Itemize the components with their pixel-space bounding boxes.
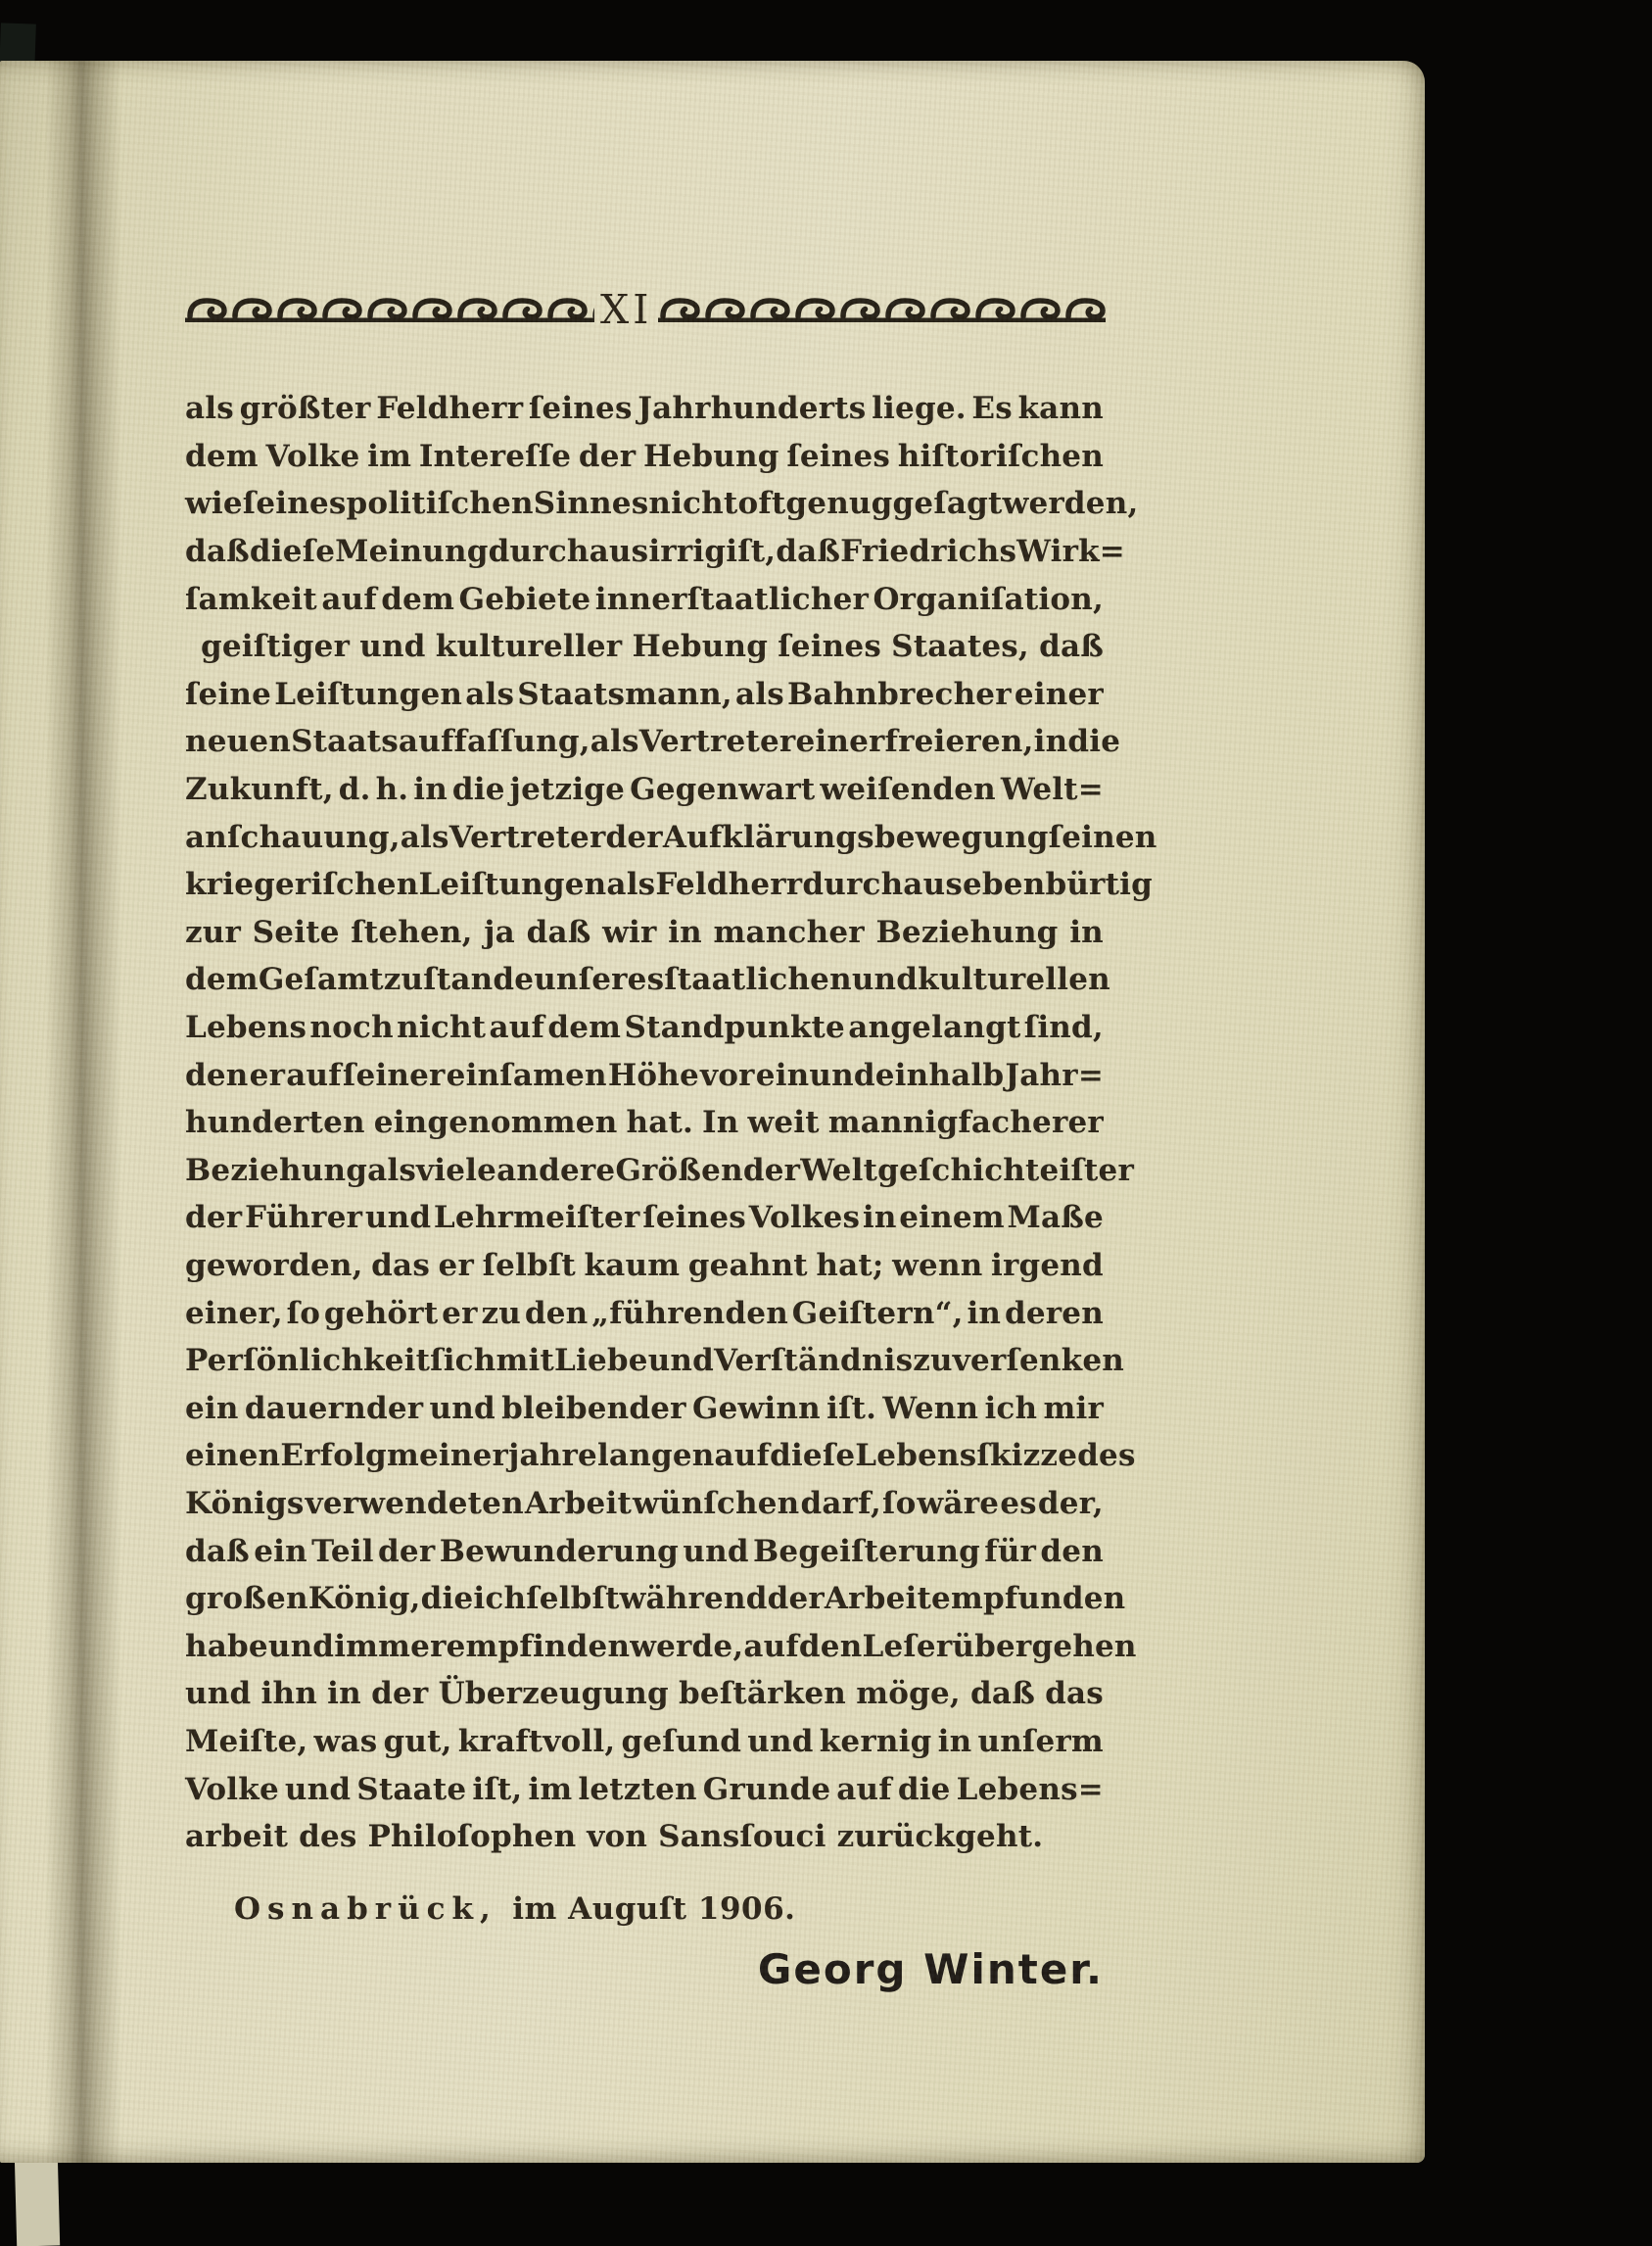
text-line: kriegeriſchenLeiſtungenalsFeldherrdurcha… [185,861,1104,909]
text-line: Zukunft,d.h.indiejetzigeGegenwartweiſend… [185,766,1104,814]
scan-background: XI alsgrößterFeldherrſeinesJahrhundertsl… [0,0,1652,2246]
text-line: hunderteneingenommenhat.Inweitmannigfach… [185,1099,1104,1147]
closing-line: Osnabrück,im Auguſt 1906. [185,1886,1104,1933]
text-line: einenErfolgmeinerjahrelangenaufdieſeLebe… [185,1432,1104,1480]
closing-place: Osnabrück, [234,1891,497,1927]
text-line: zurSeiteſtehen,jadaßwirinmancherBeziehun… [185,909,1104,957]
text-line: BeziehungalsvieleandereGrößenderWeltgeſc… [185,1147,1104,1195]
text-line: daßeinTeilderBewunderungundBegeiſterungf… [185,1527,1104,1575]
book-page: XI alsgrößterFeldherrſeinesJahrhundertsl… [0,61,1425,2163]
closing-date: im Auguſt 1906. [512,1891,795,1927]
text-line: geworden,daserſelbſtkaumgeahnthat;wennir… [185,1242,1104,1290]
text-line: wieſeinespolitiſchenSinnesnichtoftgenugg… [185,480,1104,528]
text-line: VolkeundStaateiſt,imletztenGrundeaufdieL… [185,1765,1104,1813]
text-line: PerſönlichkeitſichmitLiebeundVerſtändnis… [185,1337,1104,1385]
text-line: daßdieſeMeinungdurchausirrigiſt,daßFried… [185,528,1104,576]
page-number: XI [594,295,658,324]
text-line: ſamkeitaufdemGebieteinnerſtaatlicherOrga… [185,575,1104,623]
author-signature: Georg Winter. [185,1944,1104,1995]
text-line: undihninderÜberzeugungbeſtärkenmöge,daßd… [185,1670,1104,1718]
text-line: anſchauung,alsVertreterderAufklärungsbew… [185,813,1104,861]
ornament-border-right-icon [658,297,1106,323]
text-line: LebensnochnichtaufdemStandpunkteangelang… [185,1004,1104,1052]
text-line: einer,ſogehörterzuden„führendenGeiſtern“… [185,1289,1104,1337]
page-header: XI [185,295,1104,324]
text-line: arbeit des Philoſophen von Sansſouci zur… [185,1813,1104,1861]
ornament-border-left-icon [185,297,594,323]
page-content: XI alsgrößterFeldherrſeinesJahrhundertsl… [185,61,1104,1995]
text-line: demVolkeimIntereſſederHebungſeineshiſtor… [185,433,1104,481]
text-line: großenKönig,dieichſelbſtwährendderArbeit… [185,1575,1104,1623]
text-line: geiſtigerundkulturellerHebungſeinesStaat… [185,623,1104,671]
text-line: eindauernderundbleibenderGewinniſt.Wenni… [185,1384,1104,1432]
text-line: Meiſte,wasgut,kraftvoll,geſundundkernigi… [185,1718,1104,1766]
text-line: alsgrößterFeldherrſeinesJahrhundertslieg… [185,385,1104,433]
text-line: KönigsverwendetenArbeitwünſchendarf,ſowä… [185,1480,1104,1528]
text-line: habeundimmerempfindenwerde,aufdenLeſerüb… [185,1622,1104,1670]
binding-gutter-shadow [45,61,121,2163]
text-line: ſeineLeiſtungenalsStaatsmann,alsBahnbrec… [185,671,1104,719]
text-line: deneraufſeinereinſamenHöhevoreinundeinha… [185,1051,1104,1099]
text-line: derFührerundLehrmeiſterſeinesVolkesinein… [185,1194,1104,1242]
underlying-page-edge [15,2154,60,2246]
text-line: neuenStaatsauffaſſung,alsVertretereinerf… [185,718,1104,766]
body-text: alsgrößterFeldherrſeinesJahrhundertslieg… [185,385,1104,1860]
text-line: demGeſamtzuſtandeunſeresſtaatlichenundku… [185,956,1104,1004]
